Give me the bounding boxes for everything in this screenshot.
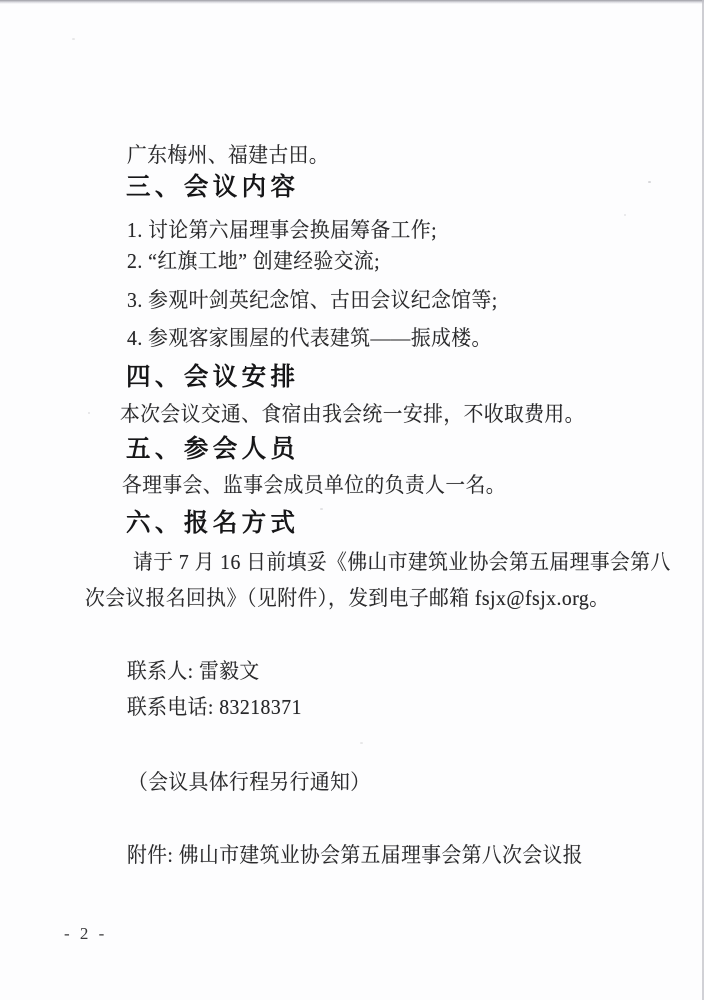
paragraph-line-signup-2: 次会议报名回执》（见附件），发到电子邮箱 fsjx@fsjx.org。 xyxy=(85,584,609,612)
list-item-3: 3. 参观叶剑英纪念馆、古田会议纪念馆等; xyxy=(127,286,498,314)
contact-person-line: 联系人: 雷毅文 xyxy=(127,657,260,685)
scan-edge-top xyxy=(0,0,704,4)
paragraph-line-destinations: 广东梅州、福建古田。 xyxy=(127,141,329,169)
section-heading-3-content: 三、会议内容 xyxy=(126,173,299,201)
paragraph-line-attendees: 各理事会、监事会成员单位的负责人一名。 xyxy=(122,471,506,499)
list-item-1: 1. 讨论第六届理事会换届筹备工作; xyxy=(127,216,437,244)
scan-speckle xyxy=(72,38,75,40)
scan-speckle xyxy=(320,508,323,510)
paragraph-line-signup-1: 请于 7 月 16 日前填妥《佛山市建筑业协会第五届理事会第八 xyxy=(133,548,671,576)
note-itinerary-line: （会议具体行程另行通知） xyxy=(128,768,371,796)
scan-speckle xyxy=(648,181,651,183)
section-heading-5-attendees: 五、参会人员 xyxy=(126,435,299,463)
list-item-2: 2. “红旗工地” 创建经验交流; xyxy=(127,247,380,275)
scan-speckle xyxy=(360,742,363,744)
list-item-4: 4. 参观客家围屋的代表建筑——振成楼。 xyxy=(127,324,492,352)
attachment-line: 附件: 佛山市建筑业协会第五届理事会第八次会议报 xyxy=(127,841,583,869)
page-number: - 2 - xyxy=(64,920,107,948)
section-heading-4-schedule: 四、会议安排 xyxy=(126,363,299,391)
contact-phone-line: 联系电话: 83218371 xyxy=(127,693,302,721)
section-heading-6-signup: 六、报名方式 xyxy=(126,509,299,537)
scan-speckle xyxy=(624,214,626,216)
scanned-document-page: 广东梅州、福建古田。 三、会议内容 1. 讨论第六届理事会换届筹备工作; 2. … xyxy=(0,0,704,1000)
scan-speckle xyxy=(88,412,90,414)
paragraph-line-arrangement: 本次会议交通、食宿由我会统一安排，不收取费用。 xyxy=(120,400,585,428)
